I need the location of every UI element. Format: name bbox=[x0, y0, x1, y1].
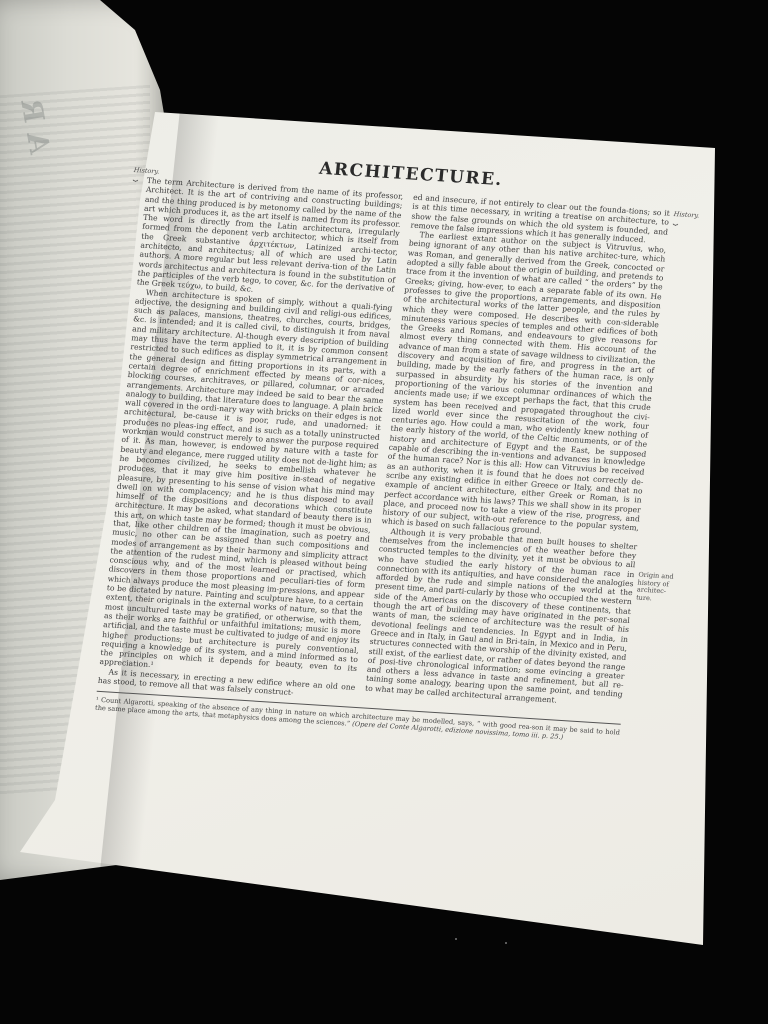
paragraph-origin: Although it is very probable that men bu… bbox=[365, 526, 638, 709]
paragraph-etymology: The term Architecture is derived from th… bbox=[136, 176, 403, 303]
paper-speck bbox=[505, 942, 507, 944]
paragraph-definition: When architecture is spoken of simply, w… bbox=[99, 287, 393, 683]
text-columns: The term Architecture is derived from th… bbox=[97, 176, 671, 718]
left-column: The term Architecture is derived from th… bbox=[97, 176, 403, 701]
margin-note-origin: Origin and history of architec- ture. bbox=[636, 572, 681, 605]
right-column: ed and insecure, if not entirely to clea… bbox=[364, 193, 670, 718]
paragraph-vitruvius: The earliest extant author on the subjec… bbox=[381, 230, 667, 542]
margin-note-history-right: History. ⏟ bbox=[673, 211, 708, 226]
page-content: ARCHITECTURE. History. ⏟ History. ⏟ Orig… bbox=[95, 148, 674, 745]
paper-speck bbox=[455, 938, 457, 940]
